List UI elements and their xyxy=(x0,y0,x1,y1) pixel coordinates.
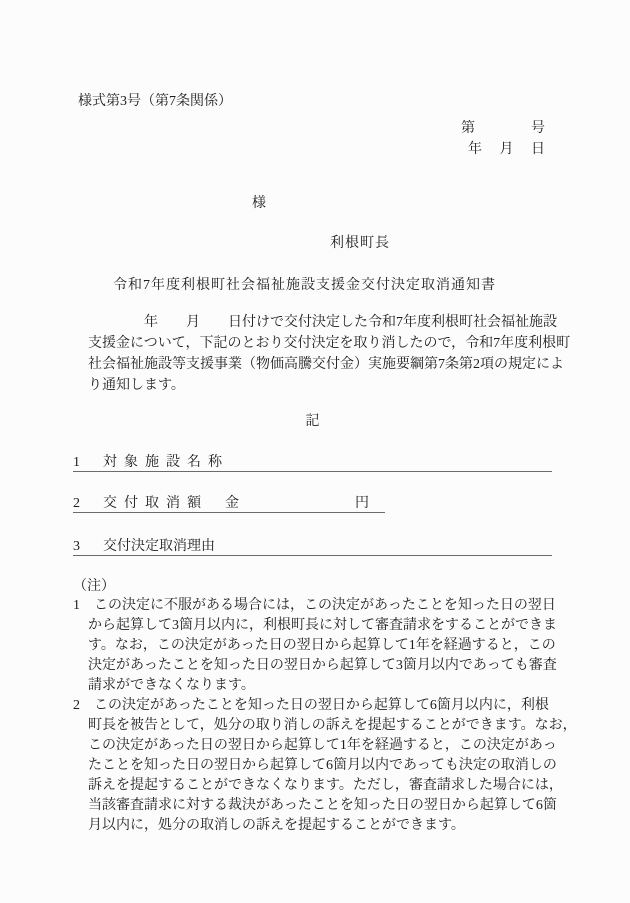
item-target-facility-name: 1対象施設名称 xyxy=(73,454,552,472)
item-3-number: 3 xyxy=(73,538,80,555)
addressee-honorific: 様 xyxy=(252,196,266,211)
item-1-number: 1 xyxy=(73,454,80,471)
document-date-line: 年 月 日 xyxy=(73,139,545,160)
item-2-label: 交付取消額 xyxy=(103,496,208,511)
note-appeal-review: 1 この決定に不服がある場合には，この決定があったことを知った日の翌日 から起算… xyxy=(88,596,552,696)
item-2-number: 2 xyxy=(73,495,80,512)
item-cancelled-amount: 2交付取消額金円 xyxy=(73,495,385,513)
document-number-line: 第 号 xyxy=(73,118,545,139)
notice-document-page: 様式第3号（第7条関係） 第 号 年 月 日 様 利根町長 令和7年度利根町社会… xyxy=(0,0,630,903)
addressee-line: 様 xyxy=(73,194,552,214)
item-cancellation-reason: 3交付決定取消理由 xyxy=(73,538,552,556)
item-3-label: 交付決定取消理由 xyxy=(103,539,215,554)
item-1-label: 対象施設名称 xyxy=(103,455,229,470)
record-heading: 記 xyxy=(73,412,552,432)
currency-unit: 円 xyxy=(355,496,369,511)
notes-label: （注） xyxy=(73,578,552,596)
document-header-right: 第 号 年 月 日 xyxy=(73,118,552,160)
document-title: 令和7年度利根町社会福祉施設支援金交付決定取消通知書 xyxy=(73,276,552,296)
currency-prefix: 金 xyxy=(225,496,239,511)
note-lawsuit: 2 この決定があったことを知った日の翌日から起算して6箇月以内に，利根 町長を被… xyxy=(88,696,552,836)
sender-name: 利根町長 xyxy=(73,234,552,254)
body-paragraph: 年 月 日付けで交付決定した令和7年度利根町社会福祉施設 支援金について，下記の… xyxy=(88,312,552,396)
form-number-label: 様式第3号（第7条関係） xyxy=(78,92,552,112)
